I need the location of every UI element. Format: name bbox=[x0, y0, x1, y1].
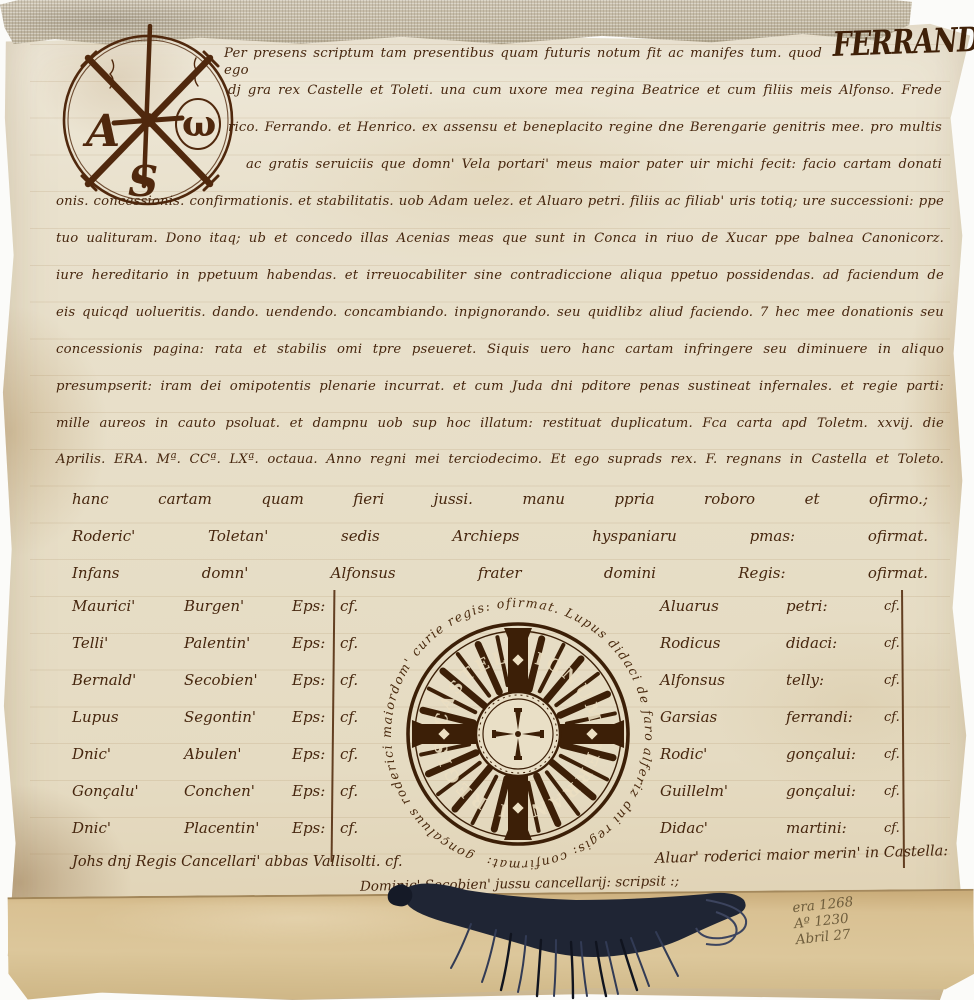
witness-row: Gonçalu'Conchen'Eps:cf. bbox=[72, 782, 340, 800]
confirmat-mark: cf. bbox=[884, 710, 900, 725]
charter-line-1: Per presens scriptum tam presentibus qua… bbox=[224, 46, 822, 68]
witness-name: Dnic' bbox=[72, 819, 184, 837]
charter-line-12: Aprilis. ERA. Mª. CCª. LXª. octaua. Anno… bbox=[56, 452, 944, 474]
witness-row: Didac'martini: bbox=[660, 819, 910, 837]
confirmat-mark: cf. bbox=[340, 671, 358, 689]
alpha-glyph: A bbox=[82, 106, 120, 157]
charter-line-2: dj gra rex Castelle et Toleti. una cum u… bbox=[228, 83, 942, 105]
witness-row: Maurici'Burgen'Eps:cf. bbox=[72, 597, 340, 615]
charter-line-4: ac gratis seruiciis que domn' Vela porta… bbox=[246, 157, 942, 179]
confirmat-mark: cf. bbox=[340, 597, 358, 615]
witness-row: LupusSegontin'Eps:cf. bbox=[72, 708, 340, 726]
charter-line-11: mille aureos in cauto psoluat. et dampnu… bbox=[56, 416, 944, 438]
roboro-line: hanc cartam quam fieri jussi. manu ppria… bbox=[72, 490, 928, 509]
confirmat-mark: cf. bbox=[340, 634, 358, 652]
witness-name: Alfonsus bbox=[660, 671, 786, 689]
witness-see: Burgen' bbox=[184, 597, 292, 615]
witness-see: Placentin' bbox=[184, 819, 292, 837]
confirmat-mark: cf. bbox=[884, 599, 900, 614]
confirmat-mark: cf. bbox=[884, 747, 900, 762]
witness-row: Dnic'Placentin'Eps:cf. bbox=[72, 819, 340, 837]
witness-name: Didac' bbox=[660, 819, 786, 837]
infans-line: Infans domn' Alfonsus frater domini Regi… bbox=[72, 564, 928, 583]
confirmat-mark: cf. bbox=[340, 819, 358, 837]
witness-name: Bernald' bbox=[72, 671, 184, 689]
chancellor-line: Johs dnj Regis Cancellari' abbas Valliso… bbox=[72, 853, 403, 871]
confirmat-mark: cf. bbox=[884, 636, 900, 651]
confirmat-mark: cf. bbox=[340, 745, 358, 763]
archive-note: era 1268 Aº 1230 Abril 27 bbox=[792, 894, 858, 948]
witness-row: Aluaruspetri: bbox=[660, 597, 910, 615]
archbishop-line: Roderic' Toletan' sedis Archieps hyspani… bbox=[72, 527, 928, 546]
witness-row: Telli'Palentin'Eps:cf. bbox=[72, 634, 340, 652]
witness-row: Guillelm'gonçalui: bbox=[660, 782, 910, 800]
confirmat-mark: cf. bbox=[884, 673, 900, 688]
witness-name: Lupus bbox=[72, 708, 184, 726]
king-name-display: FERRANDUS bbox=[832, 19, 974, 64]
witness-name: Aluarus bbox=[660, 597, 786, 615]
witness-see: Secobien' bbox=[184, 671, 292, 689]
witness-row: Rodic'gonçalui: bbox=[660, 745, 910, 763]
chi-rho-monogram-icon: A ω S bbox=[46, 24, 250, 208]
witness-name: Rodicus bbox=[660, 634, 786, 652]
witness-row: Rodicusdidaci: bbox=[660, 634, 910, 652]
charter-line-10: presumpserit: iram dei omipotentis plena… bbox=[56, 379, 944, 401]
charter-line-8: eis quicqd uolueritis. dando. uendendo. … bbox=[56, 305, 944, 327]
witness-row: Alfonsustelly: bbox=[660, 671, 910, 689]
charter-line-9: concessionis pagina: rata et stabilis om… bbox=[56, 342, 944, 364]
witness-row: Garsiasferrandi: bbox=[660, 708, 910, 726]
charter-line-3: rico. Ferrando. et Henrico. ex assensu e… bbox=[228, 120, 942, 142]
rota-seal: gonçaluus roderici maiordom' curie regis… bbox=[366, 582, 670, 886]
seal-tassel bbox=[376, 860, 796, 1000]
witness-row: Dnic'Abulen'Eps:cf. bbox=[72, 745, 340, 763]
witness-row: Bernald'Secobien'Eps:cf. bbox=[72, 671, 340, 689]
confirmat-mark: cf. bbox=[884, 821, 900, 836]
witness-name: Dnic' bbox=[72, 745, 184, 763]
charter-line-7: iure hereditario in ppetuum habendas. et… bbox=[56, 268, 944, 290]
witness-see: Segontin' bbox=[184, 708, 292, 726]
charter-line-6: tuo ualituram. Dono itaq; ub et concedo … bbox=[56, 231, 944, 253]
confirmat-mark: cf. bbox=[340, 708, 358, 726]
omega-glyph: ω bbox=[182, 103, 216, 145]
charter-line-5: onis. concessionis. confirmationis. et s… bbox=[56, 194, 944, 216]
confirmat-mark: cf. bbox=[884, 784, 900, 799]
witness-name: Guillelm' bbox=[660, 782, 786, 800]
witness-name: Telli' bbox=[72, 634, 184, 652]
confirmat-mark: cf. bbox=[340, 782, 358, 800]
witness-name: Maurici' bbox=[72, 597, 184, 615]
witness-name: Rodic' bbox=[660, 745, 786, 763]
witness-see: Abulen' bbox=[184, 745, 292, 763]
witness-see: Palentin' bbox=[184, 634, 292, 652]
witness-name: Garsias bbox=[660, 708, 786, 726]
witness-see: Conchen' bbox=[184, 782, 292, 800]
witness-name: Gonçalu' bbox=[72, 782, 184, 800]
